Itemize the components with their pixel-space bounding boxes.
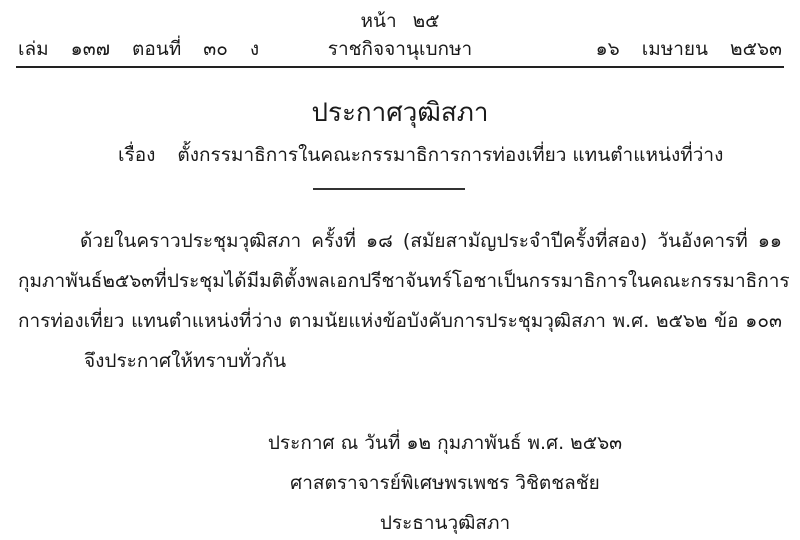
issue-month: เมษายน bbox=[642, 38, 708, 60]
signatory-name: ศาสตราจารย์พิเศษพรเพชร วิชิตชลชัย bbox=[0, 468, 800, 498]
body-word: ครั้งที่ bbox=[311, 226, 356, 256]
header-divider bbox=[16, 66, 784, 68]
page-label: หน้า bbox=[360, 10, 396, 32]
body-word: (สมัยสามัญประจำปีครั้งที่สอง) bbox=[403, 226, 647, 256]
body-word: ๑๘ bbox=[366, 226, 393, 256]
body-word: การท่องเที่ยว bbox=[18, 306, 124, 336]
body-word: พ.ศ. bbox=[613, 306, 650, 336]
signature-date: ประกาศ ณ วันที่ ๑๒ กุมภาพันธ์ พ.ศ. ๒๕๖๓ bbox=[0, 428, 800, 458]
body-word: จันทร์โอชา bbox=[405, 266, 497, 296]
document-subject: เรื่องตั้งกรรมาธิการในคณะกรรมาธิการการท่… bbox=[118, 140, 723, 170]
body-line-2: กุมภาพันธ์ ๒๕๖๓ ที่ประชุมได้มีมติตั้ง พล… bbox=[18, 266, 782, 296]
body-word: ข้อ bbox=[714, 306, 738, 336]
body-word: แทนตำแหน่งที่ว่าง bbox=[131, 306, 282, 336]
title-divider bbox=[313, 188, 465, 190]
body-line-1: ด้วยในคราวประชุมวุฒิสภา ครั้งที่ ๑๘ (สมั… bbox=[80, 226, 782, 256]
closing-statement: จึงประกาศให้ทราบทั่วกัน bbox=[84, 346, 286, 376]
body-word: เป็นกรรมาธิการในคณะกรรมาธิการ bbox=[497, 266, 790, 296]
body-word: กุมภาพันธ์ bbox=[18, 266, 102, 296]
page-number-line: หน้า๒๕ bbox=[0, 6, 800, 36]
document-title: ประกาศวุฒิสภา bbox=[0, 92, 800, 133]
body-word: ตามนัยแห่งข้อบังคับการประชุมวุฒิสภา bbox=[289, 306, 606, 336]
body-line-3: การท่องเที่ยว แทนตำแหน่งที่ว่าง ตามนัยแห… bbox=[18, 306, 782, 336]
body-word: ที่ประชุมได้มีมติตั้ง bbox=[154, 266, 305, 296]
body-word: พลเอก bbox=[306, 266, 360, 296]
body-word: ด้วยในคราวประชุมวุฒิสภา bbox=[80, 226, 301, 256]
issue-date: ๑๖เมษายน๒๕๖๓ bbox=[574, 34, 782, 64]
body-word: วันอังคารที่ bbox=[657, 226, 747, 256]
body-word: ปรีชา bbox=[359, 266, 405, 296]
body-word: ๑๑ bbox=[758, 226, 782, 256]
body-word: ๑๐๓ bbox=[745, 306, 782, 336]
page-number: ๒๕ bbox=[413, 10, 440, 32]
subject-label: เรื่อง bbox=[118, 144, 155, 166]
body-word: ๒๕๖๒ bbox=[656, 306, 708, 336]
issue-day: ๑๖ bbox=[596, 38, 620, 60]
signatory-position: ประธานวุฒิสภา bbox=[0, 508, 800, 538]
issue-year: ๒๕๖๓ bbox=[730, 38, 782, 60]
subject-text: ตั้งกรรมาธิการในคณะกรรมาธิการการท่องเที่… bbox=[177, 144, 723, 166]
body-word: ๒๕๖๓ bbox=[102, 266, 154, 296]
